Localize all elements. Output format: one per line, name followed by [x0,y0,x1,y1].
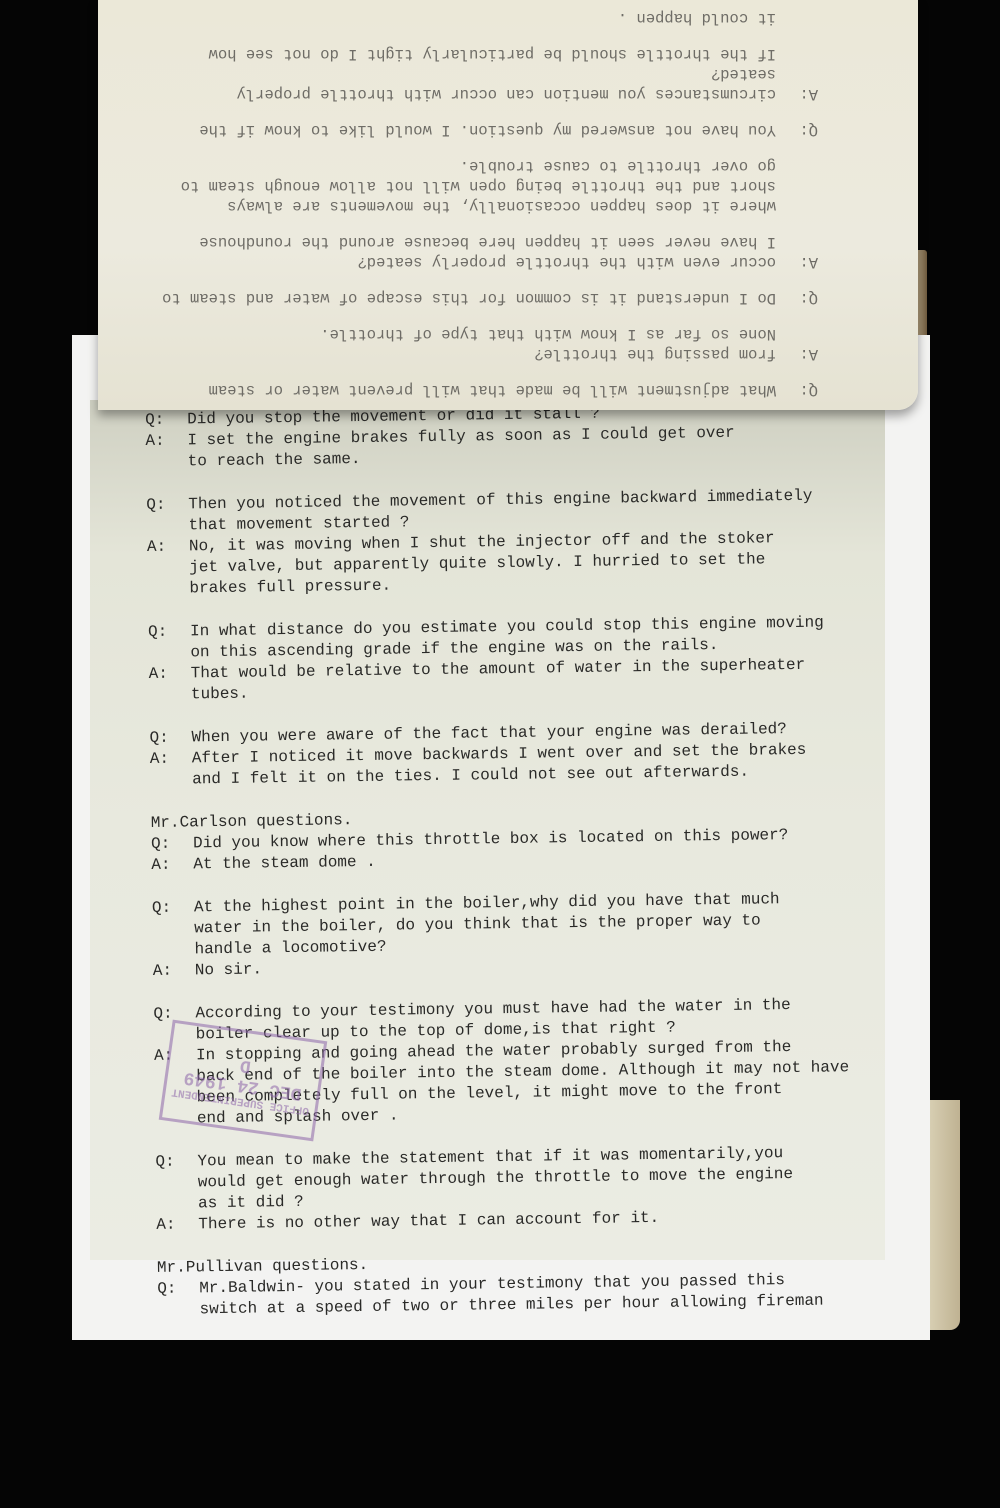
flipped-line: A:circumstances you mention can occur wi… [128,84,818,104]
qa-label [776,8,818,28]
flipped-qa-block: Q:Do I understand it is common for this … [128,288,818,308]
stamp-line-1: D [238,1054,251,1075]
qa-text: At the highest point in the boiler,why d… [194,889,781,960]
qa-label: A: [776,344,818,364]
qa-label [776,196,818,216]
question: Q:At the highest point in the boiler,why… [152,888,893,961]
flipped-line-text: I have never seen it happen here because… [199,232,776,252]
testimony-page: D DEC 24 1949 OFFICE SUPERINTENDENT Q:Di… [90,400,885,1260]
qa-label [776,176,818,196]
qa-text: You mean to make the statement that if i… [197,1143,793,1214]
flipped-line-text: Do I understand it is common for this es… [162,288,776,308]
received-stamp: D DEC 24 1949 OFFICE SUPERINTENDENT [159,1020,328,1142]
qa-label: Q: [146,494,189,537]
qa-label: Q: [149,727,191,749]
qa-label [776,232,818,252]
qa-label [776,64,818,84]
qa-text: I set the engine brakes fully as soon as… [187,423,735,473]
flipped-line: If the throttle should be particularly t… [128,44,818,64]
qa-label: Q: [157,1278,200,1321]
testimony-body: Q:Did you stop the movement or did it st… [145,400,898,1321]
flipped-line: I have never seen it happen here because… [128,232,818,252]
qa-label: A: [149,663,192,706]
qa-label: Q: [148,621,191,664]
flipped-line: Q:Do I understand it is common for this … [128,288,818,308]
flipped-line-text: seated? [711,64,776,84]
flipped-line: seated? [128,64,818,84]
qa-label: Q: [145,409,187,431]
qa-label: A: [156,1214,198,1236]
flipped-line-text: circumstances you mention can occur with… [237,84,777,104]
qa-label: Q: [776,380,818,400]
qa-label: A: [147,536,190,600]
flipped-line: Q:You have not answered my question. I w… [128,120,818,140]
qa-label: Q: [155,1151,198,1215]
qa-text: No sir. [195,959,263,981]
qa-label [776,44,818,64]
flipped-line: go over throttle to cause trouble. [128,156,818,176]
qa-label: A: [776,84,818,104]
flipped-line: A:occur even with the throttle properly … [128,252,818,272]
question: Q:You mean to make the statement that if… [155,1142,896,1215]
qa-label: Q: [152,897,195,961]
answer: A:No, it was moving when I shut the inje… [147,527,888,600]
flipped-line: it could happen . [128,8,818,28]
flipped-qa-block: Q:You have not answered my question. I w… [128,120,818,140]
qa-label: A: [153,960,195,982]
flipped-qa-block: A:occur even with the throttle properly … [128,232,818,272]
flipped-line: Q:What adjustment will be made that will… [128,380,818,400]
qa-label [776,156,818,176]
flipped-line-text: occur even with the throttle properly se… [357,252,776,272]
flipped-qa-block: A:from passing the throttle?None so far … [128,324,818,364]
flipped-line-text: where it does happen occasionally, the m… [227,196,776,216]
qa-text: Mr.Baldwin- you stated in your testimony… [199,1270,824,1321]
flipped-line-text: You have not answered my question. I wou… [199,120,776,140]
flipped-line-text: None so far as I know with that type of … [320,324,776,344]
qa-label: Q: [776,288,818,308]
flipped-line-text: What adjustment will be made that will p… [209,380,776,400]
flipped-line-text: it could happen . [618,8,776,28]
qa-label: A: [151,854,193,876]
flipped-qa-block: it could happen . [128,8,818,28]
binder-page-stack [930,1100,960,1330]
qa-label: Q: [151,833,193,855]
qa-label: A: [145,430,188,473]
flipped-qa-block: Q:What adjustment will be made that will… [128,380,818,400]
flipped-line-text: short and the throttle being open will n… [181,176,776,196]
qa-label: A: [150,748,193,791]
qa-label [776,324,818,344]
flipped-line: A:from passing the throttle? [128,344,818,364]
flipped-line-text: go over throttle to cause trouble. [460,156,776,176]
flipped-facing-page: Q:What adjustment will be made that will… [98,0,918,410]
flipped-line: None so far as I know with that type of … [128,324,818,344]
qa-text: After I noticed it move backwards I went… [192,740,807,791]
flipped-qa-block: where it does happen occasionally, the m… [128,156,818,216]
flipped-line: short and the throttle being open will n… [128,176,818,196]
flipped-line-text: If the throttle should be particularly t… [209,44,776,64]
flipped-qa-block: A:circumstances you mention can occur wi… [128,44,818,104]
qa-label: A: [776,252,818,272]
flipped-line-text: from passing the throttle? [534,344,776,364]
flipped-text-layer: Q:What adjustment will be made that will… [98,0,918,410]
qa-text: At the steam dome . [193,852,376,876]
flipped-line: where it does happen occasionally, the m… [128,196,818,216]
document-scan: Q:What adjustment will be made that will… [0,0,1000,1508]
flipped-text-body: Q:What adjustment will be made that will… [128,0,818,400]
qa-label: Q: [776,120,818,140]
qa-text: That would be relative to the amount of … [191,655,806,706]
qa-text: No, it was moving when I shut the inject… [189,528,776,599]
